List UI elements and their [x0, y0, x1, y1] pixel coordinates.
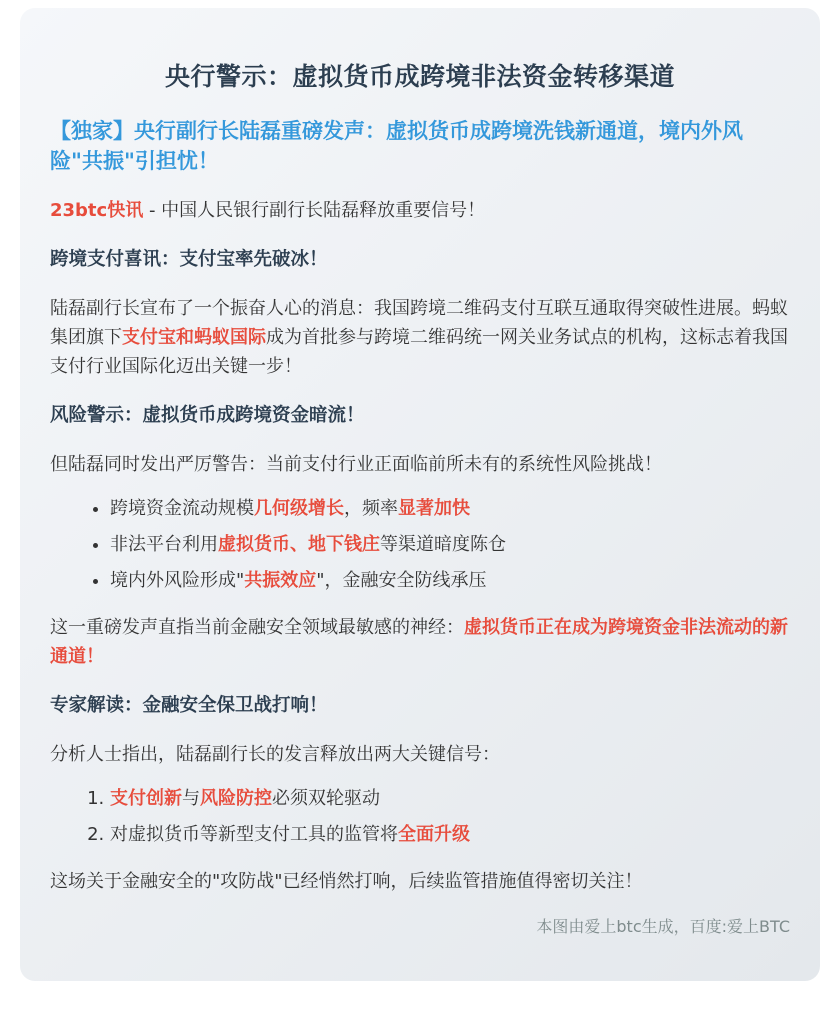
signal-numbered-list: 支付创新与风险防控必须双轮驱动 对虚拟货币等新型支付工具的监管将全面升级: [50, 781, 790, 853]
payment-paragraph: 陆磊副行长宣布了一个振奋人心的消息：我国跨境二维码支付互联互通取得突破性进展。蚂…: [50, 294, 790, 381]
list-item: 跨境资金流动规模几何级增长，频率显著加快: [110, 491, 790, 527]
article-card: 央行警示：虚拟货币成跨境非法资金转移渠道 【独家】央行副行长陆磊重磅发声：虚拟货…: [20, 8, 820, 981]
risk-bullet-list: 跨境资金流动规模几何级增长，频率显著加快 非法平台利用虚拟货币、地下钱庄等渠道暗…: [50, 491, 790, 599]
signal-text: 与: [182, 788, 200, 809]
article-title: 央行警示：虚拟货币成跨境非法资金转移渠道: [50, 8, 790, 94]
risk-conclusion-paragraph: 这一重磅发声直指当前金融安全领域最敏感的神经：虚拟货币正在成为跨境资金非法流动的…: [50, 613, 790, 671]
signal-text: 对虚拟货币等新型支付工具的监管将: [110, 824, 398, 845]
bullet-highlight: 几何级增长: [254, 498, 344, 519]
bullet-highlight: 显著加快: [398, 498, 470, 519]
closing-paragraph: 这场关于金融安全的"攻防战"已经悄然打响，后续监管措施值得密切关注！: [50, 867, 790, 896]
article-subtitle: 【独家】央行副行长陆磊重磅发声：虚拟货币成跨境洗钱新通道，境内外风险"共振"引担…: [50, 116, 790, 176]
news-source-label: 23btc快讯: [50, 200, 143, 221]
list-item: 对虚拟货币等新型支付工具的监管将全面升级: [110, 817, 790, 853]
list-item: 支付创新与风险防控必须双轮驱动: [110, 781, 790, 817]
signal-highlight: 支付创新: [110, 788, 182, 809]
bullet-highlight: 共振效应: [244, 570, 316, 591]
intro-paragraph: 23btc快讯 - 中国人民银行副行长陆磊释放重要信号！: [50, 196, 790, 225]
section-heading-expert: 专家解读：金融安全保卫战打响！: [50, 691, 790, 720]
section-heading-risk: 风险警示：虚拟货币成跨境资金暗流！: [50, 401, 790, 430]
footer-attribution: 本图由爱上btc生成，百度:爱上BTC: [50, 915, 790, 939]
section-heading-payment: 跨境支付喜讯：支付宝率先破冰！: [50, 245, 790, 274]
list-item: 非法平台利用虚拟货币、地下钱庄等渠道暗度陈仓: [110, 527, 790, 563]
bullet-text: 等渠道暗度陈仓: [380, 534, 506, 555]
intro-text: - 中国人民银行副行长陆磊释放重要信号！: [143, 200, 485, 221]
payment-highlight: 支付宝和蚂蚁国际: [122, 327, 266, 348]
signal-text: 必须双轮驱动: [272, 788, 380, 809]
signal-highlight: 全面升级: [398, 824, 470, 845]
bullet-text: 境内外风险形成": [110, 570, 244, 591]
bullet-text: "，金融安全防线承压: [316, 570, 486, 591]
risk-paragraph: 但陆磊同时发出严厉警告：当前支付行业正面临前所未有的系统性风险挑战！: [50, 450, 790, 479]
signal-highlight: 风险防控: [200, 788, 272, 809]
risk-conclusion-text: 这一重磅发声直指当前金融安全领域最敏感的神经：: [50, 617, 464, 638]
bullet-highlight: 虚拟货币、地下钱庄: [218, 534, 380, 555]
bullet-text: ，频率: [344, 498, 398, 519]
list-item: 境内外风险形成"共振效应"，金融安全防线承压: [110, 563, 790, 599]
bullet-text: 跨境资金流动规模: [110, 498, 254, 519]
expert-paragraph: 分析人士指出，陆磊副行长的发言释放出两大关键信号：: [50, 740, 790, 769]
bullet-text: 非法平台利用: [110, 534, 218, 555]
